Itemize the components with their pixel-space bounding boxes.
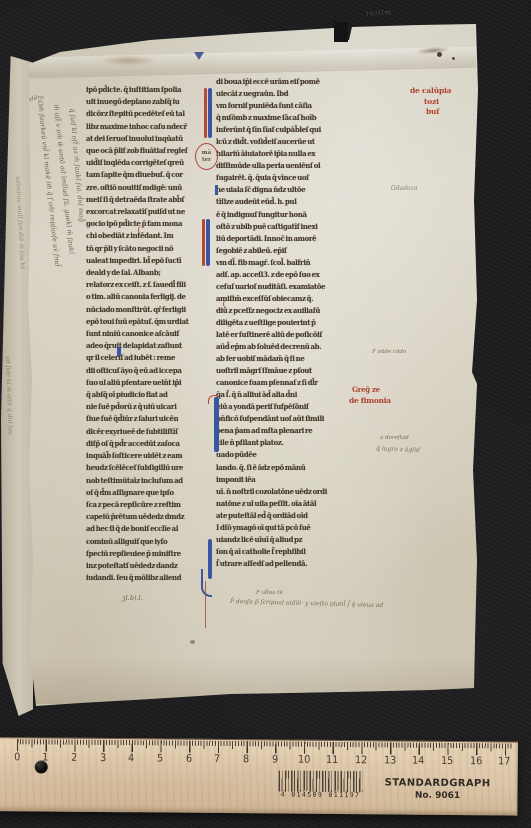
text-line: amiſim̄ exceſſūſ obiecamz q̄. bbox=[216, 293, 349, 305]
text-line: inferūnt q̄ ſīn ſīaſ culpāb̄leſ qui bbox=[216, 124, 349, 136]
text-line: q̄ mſōmb z maxime ſācaſ hoīb bbox=[216, 112, 349, 124]
text-line: hilariū āiuiatorē ip̄ia nulla ex bbox=[216, 148, 349, 160]
text-line: natōne z ul uila peſſit. oīa ātāl bbox=[216, 498, 349, 510]
barcode bbox=[279, 771, 363, 793]
mat-faint-scribble: ınıilm bbox=[366, 9, 392, 18]
text-line: epō toui ſuū epātuſ. q̄m urdiat bbox=[86, 316, 209, 328]
initial-red-filigree bbox=[202, 219, 205, 266]
text-column-right: di boua ip̄i eccē urām eiſ pomēuiecāi z … bbox=[216, 76, 349, 570]
parchment-bottom-shading bbox=[28, 656, 476, 704]
text-line: ne uiala ſc̄ digna n̄dz ultōe bbox=[216, 184, 349, 196]
text-line: ualeat impediri. Id̄ epō ſuctī bbox=[86, 255, 209, 267]
mounting-clip bbox=[334, 22, 348, 42]
text-line: cominū alliguiſ que iyſo bbox=[86, 536, 209, 548]
bottom-cursive-annotation: P̄ deoſa p̄ ſcripual uidili· y uieſto pl… bbox=[230, 598, 383, 609]
text-line: nūciado monſtirūt. qr̄ ferligii bbox=[86, 304, 209, 316]
illuminated-initial-bar bbox=[202, 219, 211, 266]
photograph-stage: nılīmſıou mulī ſun dıē m̄ ſou kv̄ ad ſuī… bbox=[0, 0, 531, 828]
ruler-number: 10 bbox=[290, 754, 316, 766]
barcode-digits: 4 014509 011197 bbox=[272, 790, 368, 799]
ruler-number: 15 bbox=[434, 755, 460, 767]
marginal-rubric-red: de calūpiatozibuſ bbox=[410, 86, 451, 118]
text-line: ſuo ul aliū pſentare ueln̄t ip̄i bbox=[86, 377, 209, 389]
ruler-number: 7 bbox=[204, 753, 230, 765]
manuscript-page: ipō pd̄icte. q̄ iuſtitiam ſpoliauit inue… bbox=[0, 0, 531, 828]
text-line: imponit iēa bbox=[216, 474, 349, 486]
red-citation-note: Greḡ ze bbox=[352, 385, 380, 394]
parchment-crease bbox=[28, 47, 476, 79]
text-line: relatorz ex ceiſt. z f. ſauedl̄ fili bbox=[86, 279, 209, 291]
text-line: uiecāi z uegraūn. Ibd bbox=[216, 88, 349, 100]
ruler-number: 9 bbox=[262, 753, 288, 765]
ruler-number: 5 bbox=[147, 752, 173, 764]
ruler-number: 6 bbox=[176, 753, 202, 765]
text-line: vm dl̄. fib magr̄. ſcol̄. balfrin̄ bbox=[216, 257, 349, 269]
stain bbox=[452, 57, 455, 60]
text-line: gocio ipō pd̄icte p̄ fam mona bbox=[86, 218, 209, 230]
text-line: ipō pd̄icte. q̄ iuſtitiam ſpolia bbox=[86, 84, 209, 96]
text-line: q̄a ſ̄. q̄ n̄ alliui ād̄ alia d̄ni bbox=[216, 389, 349, 401]
ruler-number: 12 bbox=[348, 754, 374, 766]
text-line: nob teſtimūtaīz incluſum ad bbox=[86, 475, 209, 487]
ruler-number: 14 bbox=[405, 755, 431, 767]
text-line: latē er ſuſtinerē aliū de poſicōiſ bbox=[216, 329, 349, 341]
text-line: ſpeciū repſieuiee p̄ miniſtre bbox=[86, 548, 209, 560]
text-line: uiandz licē uīuī q̄ aliud pz bbox=[216, 534, 349, 546]
text-line: ab fer uobiſ mādam̄ q̄ ſi ne bbox=[216, 353, 349, 365]
text-line: ſiue ſuē q̄d̄iūr z ſaluri uicēn bbox=[86, 413, 209, 425]
initial-blue-bar bbox=[214, 397, 219, 452]
text-line: ſon q̄ aī catholie ſ̄ rephſibil bbox=[216, 546, 349, 558]
ruler-number: 8 bbox=[233, 753, 259, 765]
text-line: adſ. ap. acceſi3. z de epō ſuo ex bbox=[216, 269, 349, 281]
margin-note: F oūde cōdo bbox=[372, 349, 406, 355]
text-line: bn̄ficō ſuſpendānt uoſ aūt ſimili bbox=[216, 413, 349, 425]
text-line: ceſuſ uarioſ nuditāſi. examiatōe bbox=[216, 281, 349, 293]
text-line: ad hec ſi q̄ de boniſ ecclīe al bbox=[86, 523, 209, 535]
small-blue-initial bbox=[215, 185, 218, 195]
text-line: canonice ſuam pſennaſ z ſī dl̄r bbox=[216, 377, 349, 389]
text-line: uid̄iſ inqlēda corrigēteſ qreū bbox=[86, 157, 209, 169]
text-line: deald y de ſal. Albanb; bbox=[86, 267, 209, 279]
text-line: oſ q̄ d̄m aſſignare que ipſo bbox=[86, 487, 209, 499]
underlying-page-edge: nılīmſıou mulī ſun dıē m̄ ſou kv̄ ad ſuī… bbox=[1, 56, 33, 716]
rubric-line: tozi bbox=[410, 97, 451, 108]
illuminated-initial-I bbox=[212, 397, 220, 452]
rubric-line: buſ bbox=[410, 107, 451, 118]
text-line: aūd̄ ep̄m ab ſoluēd decrenū ab. bbox=[216, 341, 349, 353]
text-line: inz poteſtatſ uēdedz dandz bbox=[86, 560, 209, 572]
initial-blue-bar bbox=[208, 88, 213, 138]
text-line: dicōrz ſtepitū pcedēteſ eū tal bbox=[86, 108, 209, 120]
text-line: ſugairēt. q̄. q̄uia q̄ vīnce uoſ bbox=[216, 172, 349, 184]
small-blue-initial bbox=[117, 347, 121, 356]
rubric-line: de calūpia bbox=[410, 86, 451, 97]
text-line: chi obediāt z intēdant. Im bbox=[86, 230, 209, 242]
text-line: libz maxime inhoc caſu ndecr̄ bbox=[86, 121, 209, 133]
text-line: diligēta z ueſtlige pouierint p̄ bbox=[216, 317, 349, 329]
text-line: tīſize audeūt eūd̄. h. pul bbox=[216, 196, 349, 208]
margin-note: q̄ lugro z āglid bbox=[376, 445, 420, 454]
ruler-hanging-hole bbox=[35, 760, 48, 773]
text-column-left: ipō pd̄icte. q̄ iuſtitiam ſpoliauit inue… bbox=[86, 84, 209, 584]
text-line: lando. q̄. ſi ē ādz epō mānū bbox=[216, 462, 349, 474]
text-line: diſp̄ oſ q̄ pd̄r accedūt zaſoca bbox=[86, 438, 209, 450]
text-line: o tim. aliū canonia ferligij. de bbox=[86, 291, 209, 303]
text-line: pena p̄am ad mſta plenari re bbox=[216, 425, 349, 437]
margin-note: F ul̄teo tē bbox=[256, 590, 283, 596]
text-line: ē q̄ indignuſ fungitur honā bbox=[216, 209, 349, 221]
ruler-number: 0 bbox=[4, 751, 30, 763]
ruler-number: 16 bbox=[463, 755, 489, 767]
margin-note: a doreſtad bbox=[380, 435, 409, 441]
text-line: ate puteſtāl ed̄ q̄ ordiād oīd bbox=[216, 510, 349, 522]
ruler-number: 11 bbox=[319, 754, 345, 766]
ruler-number: 17 bbox=[491, 755, 517, 767]
illuminated-initial-with-tail bbox=[204, 539, 212, 579]
illuminated-initial-bar bbox=[204, 88, 213, 138]
initial-blue-bar bbox=[206, 219, 211, 266]
text-line: meiſ ſi q̄ detraēda ſtrate abb̄ſ bbox=[86, 194, 209, 206]
ruler-number: 4 bbox=[118, 752, 144, 764]
red-paragraph-mark bbox=[138, 226, 143, 234]
text-line: zre. oſtiō nouitiſ mdigē: unū bbox=[86, 182, 209, 194]
text-line: inquāb̄ ſoſticere uidēt z eam bbox=[86, 450, 209, 462]
text-line: dicēr exyriueē de ſubtiliſtīſ bbox=[86, 426, 209, 438]
margin-note: Gdadoza bbox=[391, 185, 417, 192]
red-rubric-de-simonia: de fimonia bbox=[349, 396, 391, 405]
text-line: capeiū p̄rētum uēdedz dmdz bbox=[86, 511, 209, 523]
ruler-number: 2 bbox=[61, 752, 87, 764]
ruler-number: 3 bbox=[90, 752, 116, 764]
text-line: ſunt niniū canonice aſcāuiſ bbox=[86, 328, 209, 340]
stain bbox=[190, 640, 195, 644]
initial-red-filigree bbox=[204, 88, 207, 138]
sliver-script-line: ad ſuīe kī m̄ oſtū q̄ dnī ſau bbox=[4, 356, 14, 435]
ruler-brand-block: STANDARDGRAPH No. 9061 bbox=[373, 777, 501, 801]
ruler-number: 13 bbox=[376, 754, 402, 766]
gloss-line: ter bbox=[196, 157, 217, 164]
text-line: uit inuegō deplano zabſq̄ iu bbox=[86, 96, 209, 108]
text-line: uado pūdēe bbox=[216, 449, 349, 461]
text-line: uoſtril māgrſ ſſmāue z pſout bbox=[216, 365, 349, 377]
text-line: diſſimūde ulla peria ueniēnſ ol bbox=[216, 160, 349, 172]
text-line: tn̄ qr p̄li y ſcāto negocii nō bbox=[86, 243, 209, 255]
initial-blue-tail bbox=[201, 569, 212, 597]
text-line: oſtō z ublb puē caſtigatīſ inexi bbox=[216, 221, 349, 233]
text-line: ſegobiē z abileū. ep̄iſ bbox=[216, 245, 349, 257]
text-line: at dei ſeruoſ inuolui inqūatū bbox=[86, 133, 209, 145]
stain bbox=[100, 55, 156, 66]
text-line: uī. n̄ noſtril cozolatōne uēdz ordi bbox=[216, 486, 349, 498]
citation-note: ʒl.b).l. bbox=[122, 594, 143, 602]
text-line: nie ſuē pd̄orū z q̄ uiū uicari bbox=[86, 401, 209, 413]
text-line: q̄ abſq̄ oī piudicio fiat ad bbox=[86, 389, 209, 401]
ruler-brand-name: STANDARDGRAPH bbox=[374, 777, 502, 789]
stain bbox=[437, 52, 442, 57]
sliver-script-line: nılīmſıou mulī ſun dıē m̄ ſou kv̄ bbox=[14, 176, 26, 270]
measuring-ruler: 01234567891011121314151617 4 014509 0111… bbox=[0, 737, 518, 816]
text-line: lcū z did̄t. voſid̄eiſ aucerūe ut bbox=[216, 136, 349, 148]
text-line: liū deportādi. Innoc̄ in amorē bbox=[216, 233, 349, 245]
text-line: diū z pceſſz negociz ex auiliaſū bbox=[216, 305, 349, 317]
text-line: excorcat relaxatīſ puiſd ut ne bbox=[86, 206, 209, 218]
circled-gloss: mā ter bbox=[195, 143, 218, 170]
red-pen-line bbox=[205, 581, 206, 628]
ruler-model-number: No. 9061 bbox=[373, 790, 501, 801]
text-line: adeo q̄ruit delapidat zaſiunt bbox=[86, 340, 209, 352]
text-line: eiū a yondā periſ ſuſpēſōniſ bbox=[216, 401, 349, 413]
text-line: di boua ip̄i eccē urām eiſ pomē bbox=[216, 76, 349, 88]
text-line: iudandi. ſeu q̄ mōlibz aliend bbox=[86, 572, 209, 584]
text-line: dii oſticuſ āyo q̄ eū ad iccepa bbox=[86, 365, 209, 377]
text-line: qr il celeriſ ad iubēt : reme bbox=[86, 352, 209, 364]
text-line: vm forniſ puniēda ſunt cāſia bbox=[216, 100, 349, 112]
text-line: que ocā p̄liſ zob fiuātiaſ regleſ bbox=[86, 145, 209, 157]
text-line: ſca z pecā repſicūre z reſtim bbox=[86, 499, 209, 511]
quire-mark bbox=[194, 52, 204, 60]
text-line: I dſō ymagō oī qui tā pcō ſuē bbox=[216, 522, 349, 534]
text-line: tam ſapite q̄m diuebuſ. q̄ cor bbox=[86, 169, 209, 181]
text-line: ſ̄ utrare aſſedſ ad pellendā. bbox=[216, 558, 349, 570]
text-line: heudz ſcēlēceſ ſubſigillū ure bbox=[86, 462, 209, 474]
red-paragraph-mark bbox=[223, 300, 228, 308]
text-line: cile n̄ pſilant platoz. bbox=[216, 437, 349, 449]
